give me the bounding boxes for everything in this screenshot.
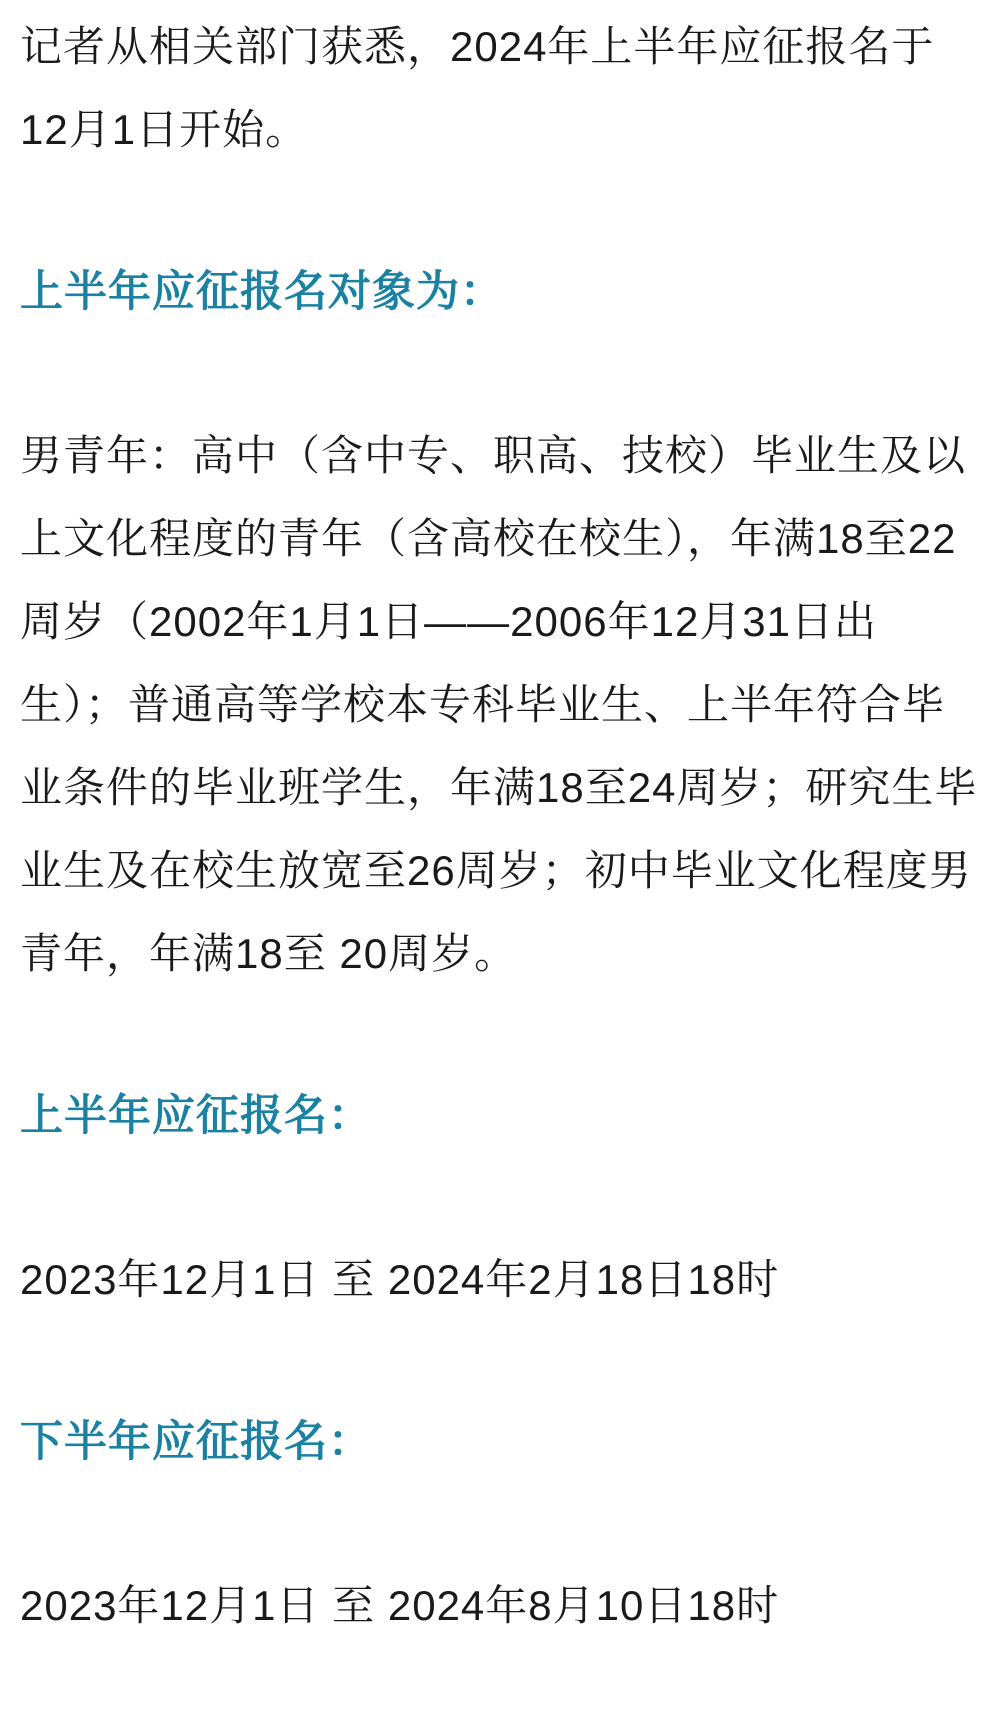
first-half-registration-dates: 2023年12月1日 至 2024年2月18日18时 — [20, 1238, 978, 1321]
article-body: 记者从相关部门获悉，2024年上半年应征报名于12月1日开始。 上半年应征报名对… — [0, 0, 1000, 1647]
section-heading-first-half-registration: 上半年应征报名： — [20, 1075, 978, 1158]
second-half-registration-dates: 2023年12月1日 至 2024年8月10日18时 — [20, 1564, 978, 1647]
section-heading-eligibility: 上半年应征报名对象为： — [20, 251, 978, 334]
intro-paragraph: 记者从相关部门获悉，2024年上半年应征报名于12月1日开始。 — [20, 5, 978, 171]
section-heading-second-half-registration: 下半年应征报名： — [20, 1401, 978, 1484]
eligibility-paragraph: 男青年：高中（含中专、职高、技校）毕业生及以上文化程度的青年（含高校在校生），年… — [20, 414, 978, 995]
